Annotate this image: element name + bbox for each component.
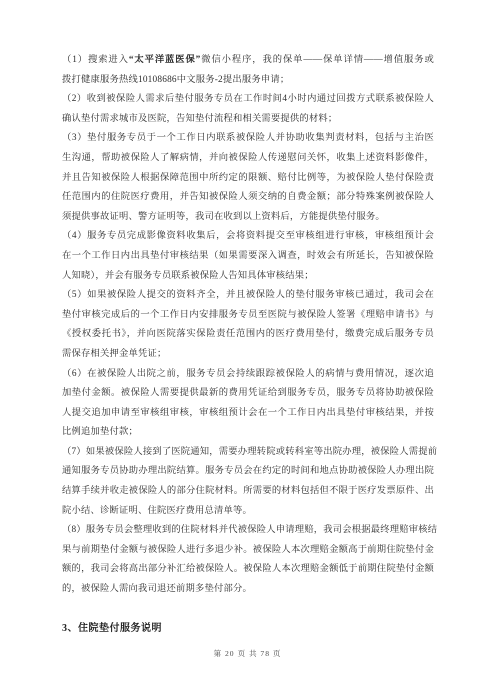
text-segment: 额的，我司会将高出部分补汇给被保险人。被保险人本次理赔金额低于前期住院垫付金额 [62, 564, 434, 574]
text-line: （7）如果被保险人接到了医院通知，需要办理转院或转科室等出院办理，被保险人需提前 [62, 443, 434, 463]
text-line: 额的，我司会将高出部分补汇给被保险人。被保险人本次理赔金额低于前期住院垫付金额 [62, 560, 434, 580]
document-body: （1）搜索进入“太平洋蓝医保”微信小程序，我的保单——保单详情——增值服务或拨打… [62, 51, 434, 600]
paragraph: （5）如果被保险人提交的资料齐全，并且被保险人的垫付服务审核已通过，我司会在垫付… [62, 286, 434, 364]
paragraph: （2）收到被保险人需求后垫付服务专员在工作时间4小时内通过回拨方式联系被保险人确… [62, 90, 434, 129]
text-line: （2）收到被保险人需求后垫付服务专员在工作时间4小时内通过回拨方式联系被保险人 [62, 90, 434, 110]
text-segment: 并且告知被保险人根据保障范围中所约定的限额、赔付比例等，为被保险人垫付保险责 [62, 173, 434, 183]
text-segment: 果与前期垫付金额与被保险人进行多退少补。被保险人本次理赔金额高于前期住院垫付金 [62, 545, 434, 555]
paragraph: （7）如果被保险人接到了医院通知，需要办理转院或转科室等出院办理，被保险人需提前… [62, 443, 434, 521]
document-page: （1）搜索进入“太平洋蓝医保”微信小程序，我的保单——保单详情——增值服务或拨打… [0, 0, 495, 700]
paragraph: （1）搜索进入“太平洋蓝医保”微信小程序，我的保单——保单详情——增值服务或拨打… [62, 51, 434, 90]
text-segment: 加垫付金额。被保险人需要提供最新的费用凭证给到服务专员，服务专员将协助被保险 [62, 388, 434, 398]
text-segment: 的，被保险人需向我司退还前期多垫付部分。 [62, 584, 252, 594]
text-line: （4）服务专员完成影像资料收集后，会将资料提交至审核组进行审核，审核组预计会 [62, 227, 434, 247]
text-segment: 《授权委托书》，并向医院落实保险责任范围内的医疗费用垫付，缴费完成后服务专员 [62, 329, 434, 339]
text-segment: （4）服务专员完成影像资料收集后，会将资料提交至审核组进行审核，审核组预计会 [62, 231, 434, 241]
text-line: （3）垫付服务专员于一个工作日内联系被保险人并协助收集判责材料，包括与主治医 [62, 129, 434, 149]
text-line: 通知服务专员协助办理出院结算。服务专员会在约定的时间和地点协助被保险人办理出院 [62, 462, 434, 482]
section-heading: 3、住院垫付服务说明 [62, 619, 434, 634]
text-segment: 须提供事故证明、警方证明等，我司在收到以上资料后，方能提供垫付服务。 [62, 212, 385, 222]
page-footer: 第 20 页 共 78 页 [0, 648, 495, 659]
text-segment: 人知晓），并会有服务专员联系被保险人告知具体审核结果； [62, 271, 314, 281]
text-line: 人提交追加申请至审核组审核，审核组预计会在一个工作日内出具垫付审核结果，并按 [62, 404, 434, 424]
text-line: （8）服务专员会整理收到的住院材料并代被保险人申请理赔，我司会根据最终理赔审核结 [62, 521, 434, 541]
paragraph: （3）垫付服务专员于一个工作日内联系被保险人并协助收集判责材料，包括与主治医生沟… [62, 129, 434, 227]
text-line: 须提供事故证明、警方证明等，我司在收到以上资料后，方能提供垫付服务。 [62, 208, 434, 228]
text-line: 需保存相关押金单凭证； [62, 345, 434, 365]
text-segment: 比例追加垫付款； [62, 427, 138, 437]
text-line: 结算手续并收走被保险人的部分住院材料。所需要的材料包括但不限于医疗发票原件、出 [62, 482, 434, 502]
text-segment: （1）搜索进入 [62, 55, 129, 65]
text-line: （5）如果被保险人提交的资料齐全，并且被保险人的垫付服务审核已通过，我司会在 [62, 286, 434, 306]
text-segment: 微信小程序，我的保单——保单详情——增值服务或 [201, 55, 434, 65]
text-segment: 确认垫付需求城市及医院，告知垫付流程和相关需要提供的材料； [62, 114, 337, 124]
text-segment: （5）如果被保险人提交的资料齐全，并且被保险人的垫付服务审核已通过，我司会在 [62, 290, 434, 300]
brand-name-bold: “太平洋蓝医保” [129, 55, 201, 65]
text-segment: 任范围内的住院医疗费用，并告知被保险人须交纳的自费金额；部分特殊案例被保险人 [62, 192, 434, 202]
text-line: 生沟通，帮助被保险人了解病情，并向被保险人传递慰问关怀，收集上述资料影像件， [62, 149, 434, 169]
text-segment: 人提交追加申请至审核组审核，审核组预计会在一个工作日内出具垫付审核结果，并按 [62, 408, 434, 418]
text-line: （6）在被保险人出院之前，服务专员会持续跟踪被保险人的病情与费用情况，逐次追 [62, 365, 434, 385]
text-line: 拨打健康服务热线10108686中文服务-2提出服务申请； [62, 71, 434, 91]
text-segment: （7）如果被保险人接到了医院通知，需要办理转院或转科室等出院办理，被保险人需提前 [62, 447, 437, 457]
text-segment: 结算手续并收走被保险人的部分住院材料。所需要的材料包括但不限于医疗发票原件、出 [62, 486, 434, 496]
text-line: 院小结、诊断证明、住院医疗费用总清单等。 [62, 502, 434, 522]
text-line: 比例追加垫付款； [62, 423, 434, 443]
text-segment: （3）垫付服务专员于一个工作日内联系被保险人并协助收集判责材料，包括与主治医 [62, 133, 434, 143]
text-line: 垫付审核完成后的一个工作日内安排服务专员至医院与被保险人签署《理赔申请书》与 [62, 306, 434, 326]
text-line: 《授权委托书》，并向医院落实保险责任范围内的医疗费用垫付，缴费完成后服务专员 [62, 325, 434, 345]
text-line: 加垫付金额。被保险人需要提供最新的费用凭证给到服务专员，服务专员将协助被保险 [62, 384, 434, 404]
paragraph: （8）服务专员会整理收到的住院材料并代被保险人申请理赔，我司会根据最终理赔审核结… [62, 521, 434, 599]
text-line: 的，被保险人需向我司退还前期多垫付部分。 [62, 580, 434, 600]
text-segment: 在一个工作日内出具垫付审核结果（如果需要深入调查，时效会有所延长，告知被保险 [62, 251, 434, 261]
text-segment: （6）在被保险人出院之前，服务专员会持续跟踪被保险人的病情与费用情况，逐次追 [62, 369, 434, 379]
text-segment: 拨打健康服务热线10108686中文服务-2提出服务申请； [62, 75, 289, 85]
paragraph: （4）服务专员完成影像资料收集后，会将资料提交至审核组进行审核，审核组预计会在一… [62, 227, 434, 286]
text-segment: 生沟通，帮助被保险人了解病情，并向被保险人传递慰问关怀，收集上述资料影像件， [62, 153, 434, 163]
text-segment: 需保存相关押金单凭证； [62, 349, 166, 359]
text-segment: （2）收到被保险人需求后垫付服务专员在工作时间4小时内通过回拨方式联系被保险人 [62, 94, 434, 104]
text-line: 果与前期垫付金额与被保险人进行多退少补。被保险人本次理赔金额高于前期住院垫付金 [62, 541, 434, 561]
text-line: 在一个工作日内出具垫付审核结果（如果需要深入调查，时效会有所延长，告知被保险 [62, 247, 434, 267]
text-line: 确认垫付需求城市及医院，告知垫付流程和相关需要提供的材料； [62, 110, 434, 130]
text-line: 任范围内的住院医疗费用，并告知被保险人须交纳的自费金额；部分特殊案例被保险人 [62, 188, 434, 208]
text-segment: 通知服务专员协助办理出院结算。服务专员会在约定的时间和地点协助被保险人办理出院 [62, 466, 434, 476]
text-segment: 院小结、诊断证明、住院医疗费用总清单等。 [62, 506, 252, 516]
text-line: 并且告知被保险人根据保障范围中所约定的限额、赔付比例等，为被保险人垫付保险责 [62, 169, 434, 189]
text-segment: （8）服务专员会整理收到的住院材料并代被保险人申请理赔，我司会根据最终理赔审核结 [62, 525, 437, 535]
text-line: （1）搜索进入“太平洋蓝医保”微信小程序，我的保单——保单详情——增值服务或 [62, 51, 434, 71]
text-line: 人知晓），并会有服务专员联系被保险人告知具体审核结果； [62, 267, 434, 287]
paragraph: （6）在被保险人出院之前，服务专员会持续跟踪被保险人的病情与费用情况，逐次追加垫… [62, 365, 434, 443]
text-segment: 垫付审核完成后的一个工作日内安排服务专员至医院与被保险人签署《理赔申请书》与 [62, 310, 434, 320]
